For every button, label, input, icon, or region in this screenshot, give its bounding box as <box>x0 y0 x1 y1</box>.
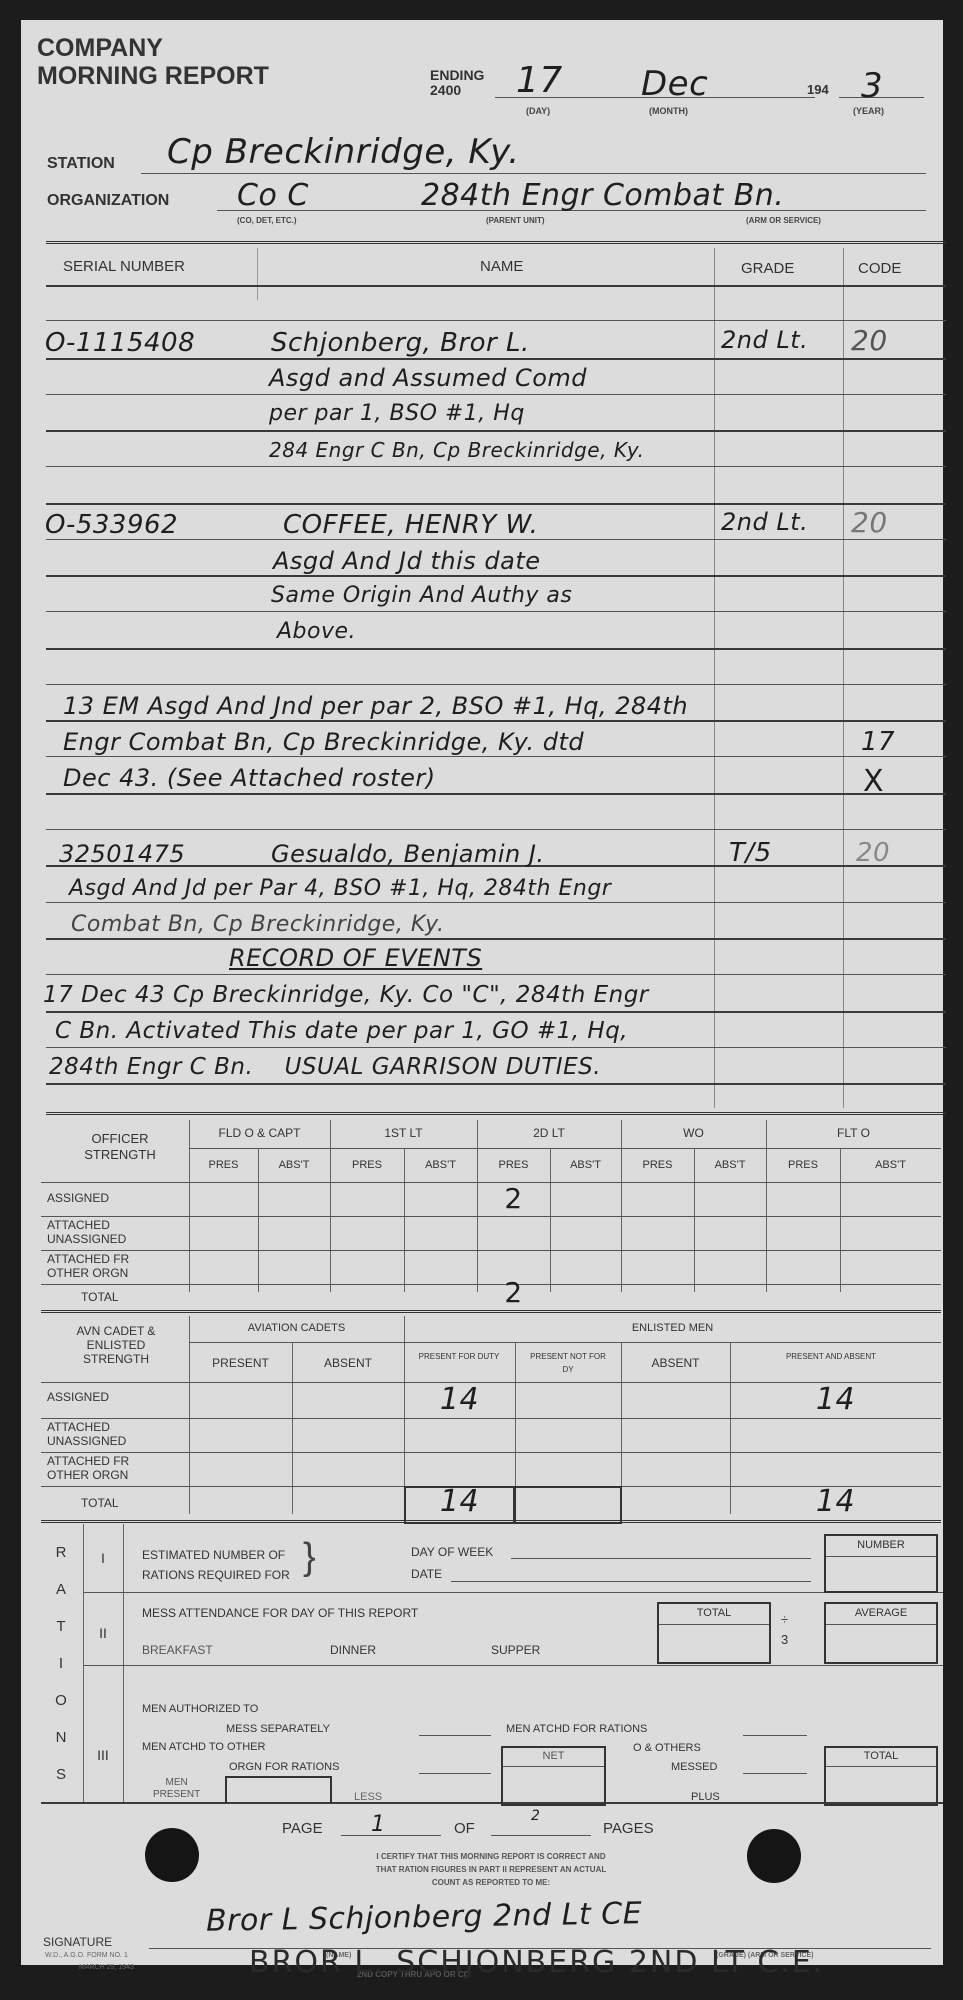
ending-time: 2400 <box>430 83 484 98</box>
dinner-label: DINNER <box>330 1643 376 1657</box>
letter: O <box>49 1682 73 1719</box>
divide-by-three: ÷ 3 <box>781 1610 788 1650</box>
col-divider <box>189 1120 190 1292</box>
form-number: W.D., A.G.O. FORM NO. 1 <box>45 1952 128 1959</box>
grade-col-divider <box>714 248 715 1108</box>
subcol-abst: ABS'T <box>404 1159 477 1171</box>
page-number[interactable]: 1 <box>371 1812 386 1837</box>
event-line[interactable]: 284th Engr C Bn. USUAL GARRISON DUTIES. <box>49 1054 601 1080</box>
remark-line[interactable]: Same Origin And Authy as <box>271 583 572 608</box>
remark-line[interactable]: Asgd and Assumed Comd <box>269 364 587 392</box>
rule <box>46 1011 946 1013</box>
breakfast-label: BREAKFAST <box>142 1643 213 1657</box>
rule <box>46 1112 946 1115</box>
rule <box>41 1452 941 1453</box>
grade-value[interactable]: 2nd Lt. <box>721 326 808 354</box>
rule <box>46 503 946 505</box>
rule <box>46 648 946 650</box>
station-label: STATION <box>47 155 115 173</box>
subcol-abst: ABS'T <box>550 1159 621 1171</box>
organization-company[interactable]: Co C <box>237 178 309 213</box>
rule <box>189 1342 941 1343</box>
subcol-pres: PRES <box>330 1159 404 1171</box>
rule <box>46 430 946 432</box>
row-label-total: TOTAL <box>81 1496 119 1510</box>
orgn-for-rations-field[interactable] <box>419 1773 491 1774</box>
less-label: LESS <box>354 1791 382 1803</box>
form-date: MARCH 25, 1943 <box>79 1964 134 1971</box>
row-label-attached-other: ATTACHED FR OTHER ORGN <box>47 1454 157 1482</box>
section-1-number: I <box>83 1550 123 1566</box>
men-present-label: MEN PRESENT <box>153 1777 200 1801</box>
title-line-1: COMPANY <box>37 34 269 62</box>
col-divider <box>330 1120 331 1292</box>
year-caption: (YEAR) <box>853 106 884 116</box>
rule <box>41 1216 941 1217</box>
roster-top-rule <box>46 241 946 244</box>
page-label: PAGE <box>282 1820 323 1837</box>
orgn-for-rations-label: ORGN FOR RATIONS <box>229 1761 339 1773</box>
letter: I <box>49 1645 73 1682</box>
date-field[interactable] <box>451 1581 811 1582</box>
code-value[interactable]: 20 <box>851 506 888 539</box>
brace-icon: } <box>303 1536 316 1579</box>
rule <box>46 466 946 467</box>
rule <box>189 1148 941 1149</box>
row-label-attached-unassigned: ATTACHED UNASSIGNED <box>47 1218 157 1246</box>
rations-total-label: TOTAL <box>826 1748 936 1767</box>
messed-label: MESSED <box>671 1761 717 1773</box>
rations-total-box[interactable]: TOTAL <box>824 1746 938 1806</box>
page-total[interactable]: 2 <box>531 1808 540 1824</box>
rule <box>46 902 946 903</box>
men-atchd-rations-field[interactable] <box>743 1735 807 1736</box>
rule <box>46 684 946 685</box>
others-messed-field[interactable] <box>743 1773 807 1774</box>
of-label: OF <box>454 1820 475 1837</box>
label-line: RATIONS REQUIRED FOR <box>142 1565 290 1585</box>
organization-parent-unit[interactable]: 284th Engr Combat Bn. <box>421 178 784 213</box>
total-present-not-duty-box <box>513 1486 622 1524</box>
row-label-assigned: ASSIGNED <box>47 1191 109 1205</box>
letter: S <box>49 1756 73 1793</box>
station-value[interactable]: Cp Breckinridge, Ky. <box>167 132 520 172</box>
number-box-label: NUMBER <box>826 1536 936 1557</box>
rule <box>83 1592 943 1593</box>
page-number-underline <box>341 1835 441 1836</box>
serial-col-divider <box>257 248 258 300</box>
divide-number: 3 <box>781 1630 788 1650</box>
em-code-mark[interactable]: X <box>863 764 884 799</box>
form-title: COMPANY MORNING REPORT <box>37 34 269 90</box>
plus-label: PLUS <box>691 1791 720 1803</box>
rule <box>46 358 946 360</box>
net-box[interactable]: NET <box>501 1746 606 1806</box>
em-line[interactable]: Engr Combat Bn, Cp Breckinridge, Ky. dtd <box>63 728 584 756</box>
mess-separately-label: MESS SEPARATELY <box>226 1723 330 1735</box>
rule <box>46 720 946 722</box>
morning-report-form: COMPANY MORNING REPORT ENDING 2400 17 De… <box>21 20 943 1965</box>
rule <box>46 938 946 940</box>
rule <box>46 793 946 795</box>
letter: N <box>49 1719 73 1756</box>
col-divider <box>189 1316 190 1514</box>
men-authorized-label: MEN AUTHORIZED TO <box>142 1703 258 1715</box>
em-assigned-present-absent[interactable]: 14 <box>730 1382 941 1417</box>
rations-side-label: R A T I O N S <box>49 1534 73 1793</box>
label-line: ESTIMATED NUMBER OF <box>142 1545 290 1565</box>
officer-strength-title: OFFICER STRENGTH <box>65 1131 175 1163</box>
event-line[interactable]: 17 Dec 43 Cp Breckinridge, Ky. Co "C", 2… <box>43 982 649 1008</box>
number-box[interactable]: NUMBER <box>824 1534 938 1593</box>
subcol-pres: PRES <box>477 1159 550 1171</box>
rule <box>46 611 946 612</box>
em-assigned-present-duty[interactable]: 14 <box>404 1382 515 1417</box>
subcol-abst: ABS'T <box>258 1159 330 1171</box>
report-day[interactable]: 17 <box>516 60 563 101</box>
rule <box>46 974 946 975</box>
printed-name[interactable]: BROR L. SCHJONBERG 2ND LT C.E. <box>249 1945 824 1980</box>
men-atchd-other-label: MEN ATCHD TO OTHER <box>142 1741 265 1753</box>
soldier-name[interactable]: Gesualdo, Benjamin J. <box>271 840 545 868</box>
col-em-present-and-absent: PRESENT AND ABSENT <box>766 1350 896 1363</box>
rule <box>46 575 946 577</box>
col-divider <box>123 1524 124 1802</box>
event-line[interactable]: C Bn. Activated This date per par 1, GO … <box>55 1018 628 1044</box>
net-label: NET <box>503 1748 604 1767</box>
row-label-assigned: ASSIGNED <box>47 1390 109 1404</box>
remark-line[interactable]: Above. <box>277 619 356 644</box>
month-caption: (MONTH) <box>649 106 688 116</box>
day-of-week-label: DAY OF WEEK <box>411 1545 493 1559</box>
mess-total-label: TOTAL <box>659 1604 769 1625</box>
report-year[interactable]: 3 <box>861 66 883 106</box>
header-grade: GRADE <box>741 260 794 277</box>
rule <box>41 1802 943 1804</box>
code-value[interactable]: 20 <box>851 324 888 357</box>
others-messed-label: O & OTHERS <box>633 1742 701 1754</box>
rule <box>46 829 946 830</box>
col-divider <box>621 1120 622 1292</box>
report-month[interactable]: Dec <box>641 64 708 104</box>
subcol-pres: PRES <box>189 1159 258 1171</box>
2d-lt-total-pres[interactable]: 2 <box>477 1276 550 1309</box>
group-header-cadets: AVIATION CADETS <box>189 1322 404 1334</box>
header-name: NAME <box>480 258 523 275</box>
binder-hole-right <box>747 1829 801 1883</box>
signature-label: SIGNATURE <box>43 1935 112 1949</box>
row-label-attached-other: ATTACHED FR OTHER ORGN <box>47 1252 157 1280</box>
section-3-number: III <box>83 1747 123 1763</box>
remark-line[interactable]: 284 Engr C Bn, Cp Breckinridge, Ky. <box>269 438 645 462</box>
letter: A <box>49 1571 73 1608</box>
org-caption-arm: (ARM OR SERVICE) <box>746 216 821 225</box>
year-prefix: 194 <box>807 82 829 97</box>
mess-total-box[interactable]: TOTAL <box>657 1602 771 1664</box>
page-total-underline <box>491 1835 591 1836</box>
group-header: FLD O & CAPT <box>189 1126 330 1140</box>
certification-text: I CERTIFY THAT THIS MORNING REPORT IS CO… <box>261 1850 721 1889</box>
soldier-name[interactable]: COFFEE, HENRY W. <box>283 510 538 540</box>
grade-value[interactable]: T/5 <box>729 838 772 868</box>
serial-number[interactable]: O-533962 <box>45 510 178 540</box>
rule <box>46 1047 946 1048</box>
serial-number[interactable]: O-1115408 <box>45 328 195 358</box>
signature-script[interactable]: Bror L Schjonberg 2nd Lt CE <box>206 1896 643 1939</box>
mess-attendance-label: MESS ATTENDANCE FOR DAY OF THIS REPORT <box>142 1606 418 1620</box>
section-2-number: II <box>83 1625 123 1641</box>
code-col-divider <box>843 248 844 1108</box>
record-of-events-heading: RECORD OF EVENTS <box>229 944 482 972</box>
group-header: 2D LT <box>477 1126 621 1140</box>
remark-line[interactable]: per par 1, BSO #1, Hq <box>269 401 525 426</box>
em-total-present-absent[interactable]: 14 <box>730 1484 941 1519</box>
letter: T <box>49 1608 73 1645</box>
org-caption-co: (CO, DET, ETC.) <box>237 216 297 225</box>
title-line-2: MORNING REPORT <box>37 62 269 90</box>
certify-line: I CERTIFY THAT THIS MORNING REPORT IS CO… <box>261 1850 721 1863</box>
supper-label: SUPPER <box>491 1643 540 1657</box>
organization-label: ORGANIZATION <box>47 192 169 210</box>
divide-icon: ÷ <box>781 1610 788 1630</box>
2d-lt-assigned-pres[interactable]: 2 <box>477 1182 550 1215</box>
subcol-pres: PRES <box>621 1159 694 1171</box>
group-header: WO <box>621 1126 766 1140</box>
group-header: 1ST LT <box>330 1126 477 1140</box>
binder-hole-left <box>145 1828 199 1882</box>
em-line[interactable]: 13 EM Asgd And Jnd per par 2, BSO #1, Hq… <box>63 692 688 720</box>
men-present-box[interactable] <box>225 1776 332 1804</box>
col-cadets-present: PRESENT <box>189 1356 292 1370</box>
section-1-label: ESTIMATED NUMBER OF RATIONS REQUIRED FOR <box>142 1545 290 1585</box>
row-label-attached-unassigned: ATTACHED UNASSIGNED <box>47 1420 157 1448</box>
certify-line: COUNT AS REPORTED TO ME: <box>261 1876 721 1889</box>
rule <box>83 1665 943 1666</box>
certify-line: THAT RATION FIGURES IN PART II REPRESENT… <box>261 1863 721 1876</box>
subcol-abst: ABS'T <box>694 1159 766 1171</box>
average-label: AVERAGE <box>826 1604 936 1625</box>
rule <box>46 285 946 287</box>
code-value[interactable]: 20 <box>856 838 890 868</box>
day-of-week-field[interactable] <box>511 1558 811 1559</box>
remark-line[interactable]: Combat Bn, Cp Breckinridge, Ky. <box>71 912 444 937</box>
subcol-pres: PRES <box>766 1159 840 1171</box>
ending-text: ENDING <box>430 68 484 83</box>
rule <box>46 394 946 395</box>
label-line: MEN <box>153 1777 200 1789</box>
average-box[interactable]: AVERAGE <box>824 1602 938 1664</box>
enlisted-strength-title: AVN CADET & ENLISTED STRENGTH <box>61 1324 171 1366</box>
serial-number[interactable]: 32501475 <box>59 840 185 868</box>
ending-label: ENDING 2400 <box>430 68 484 98</box>
station-underline <box>141 173 926 174</box>
rule <box>41 1418 941 1419</box>
em-date-day[interactable]: 17 <box>861 727 895 757</box>
date-label: DATE <box>411 1567 442 1581</box>
rule <box>46 320 946 321</box>
col-em-absent: ABSENT <box>621 1356 730 1370</box>
header-code: CODE <box>858 260 901 277</box>
mess-separately-field[interactable] <box>419 1735 491 1736</box>
day-caption: (DAY) <box>526 106 550 116</box>
label-line: PRESENT <box>153 1789 200 1801</box>
em-total-present-duty[interactable]: 14 <box>404 1484 515 1519</box>
remark-line[interactable]: Asgd And Jd this date <box>273 547 541 575</box>
em-line[interactable]: Dec 43. (See Attached roster) <box>63 764 436 792</box>
col-em-present-duty: PRESENT FOR DUTY <box>416 1350 502 1363</box>
row-label-total: TOTAL <box>81 1290 119 1304</box>
rule <box>46 756 946 757</box>
soldier-name[interactable]: Schjonberg, Bror L. <box>271 328 530 358</box>
men-atchd-rations-label: MEN ATCHD FOR RATIONS <box>506 1723 647 1735</box>
col-divider <box>766 1120 767 1292</box>
org-caption-parent: (PARENT UNIT) <box>486 216 545 225</box>
subcol-abst: ABS'T <box>840 1159 941 1171</box>
rule <box>41 1310 941 1313</box>
letter: R <box>49 1534 73 1571</box>
header-serial-number: SERIAL NUMBER <box>63 258 185 275</box>
pages-label: PAGES <box>603 1820 654 1837</box>
grade-value[interactable]: 2nd Lt. <box>721 508 808 536</box>
rule <box>46 1083 946 1085</box>
group-header-enlisted: ENLISTED MEN <box>404 1322 941 1334</box>
col-em-present-not-duty: PRESENT NOT FOR DY <box>527 1350 609 1376</box>
remark-line[interactable]: Asgd And Jd per Par 4, BSO #1, Hq, 284th… <box>69 876 611 901</box>
rule <box>41 1250 941 1251</box>
col-cadets-absent: ABSENT <box>292 1356 404 1370</box>
group-header: FLT O <box>766 1126 941 1140</box>
